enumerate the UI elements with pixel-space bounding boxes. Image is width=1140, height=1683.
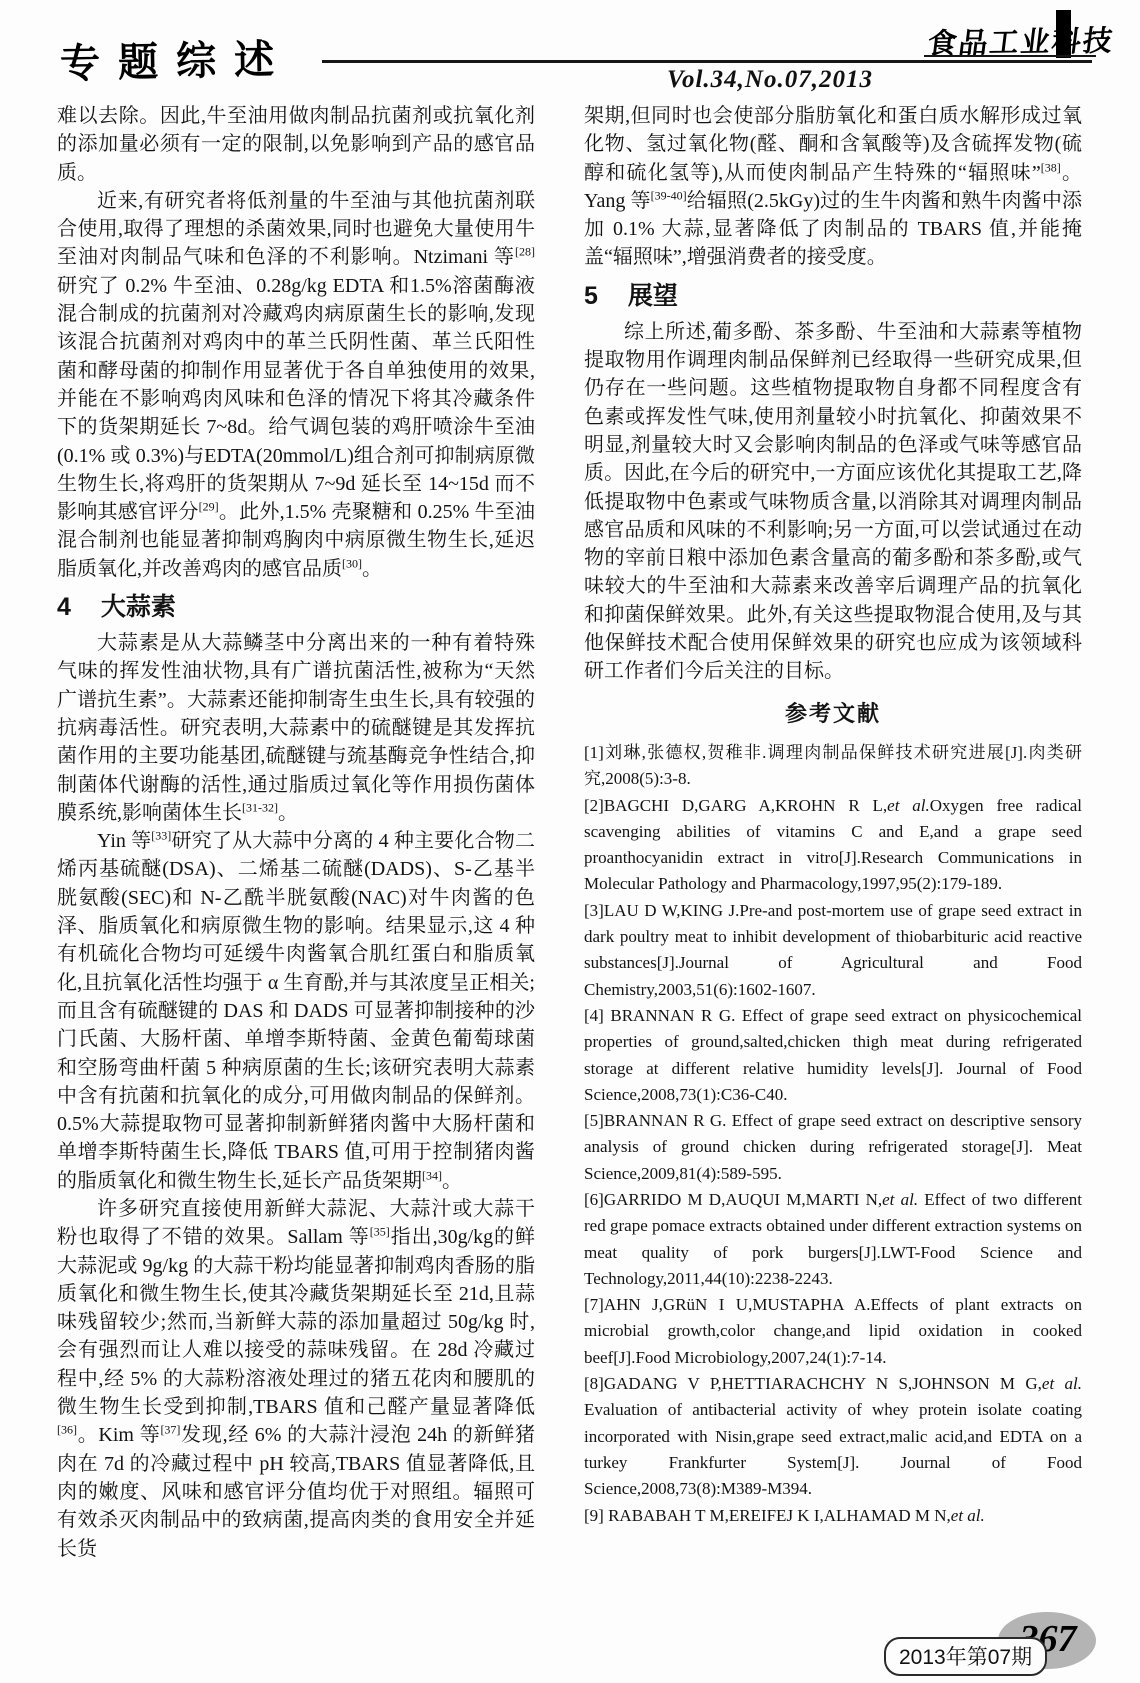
citation-superscript: [36] xyxy=(57,1423,77,1437)
citation-superscript: [37] xyxy=(160,1423,180,1437)
body-paragraph: Yin 等[33]研究了从大蒜中分离的 4 种主要化合物二烯丙基硫醚(DSA)、… xyxy=(57,827,535,1195)
citation-superscript: [30] xyxy=(342,556,362,570)
section-number: 4 xyxy=(57,592,71,622)
body-paragraph: 近来,有研究者将低剂量的牛至油与其他抗菌剂联合使用,取得了理想的杀菌效果,同时也… xyxy=(57,187,535,583)
volume-issue-line: Vol.34,No.07,2013 xyxy=(560,66,980,94)
reference-item: [8]GADANG V P,HETTIARACHCHY N S,JOHNSON … xyxy=(584,1371,1082,1502)
body-paragraph: 许多研究直接使用新鲜大蒜泥、大蒜汁或大蒜干粉也取得了不错的效果。Sallam 等… xyxy=(57,1195,535,1563)
reference-item: [5]BRANNAN R G. Effect of grape seed ext… xyxy=(584,1108,1082,1187)
body-paragraph: 综上所述,葡多酚、茶多酚、牛至油和大蒜素等植物提取物用作调理肉制品保鲜剂已经取得… xyxy=(584,318,1082,686)
italic-et-al: et al. xyxy=(1042,1374,1082,1393)
journal-page: 专题综述 食品工业科技 Vol.34,No.07,2013 难以去除。因此,牛至… xyxy=(0,0,1140,1683)
reference-item: [9] RABABAH T M,EREIFEJ K I,ALHAMAD M N,… xyxy=(584,1503,1082,1529)
citation-superscript: [31-32] xyxy=(242,800,278,814)
column-banner-calligraphy: 专题综述 xyxy=(59,28,292,90)
reference-item: [1]刘琳,张德权,贺稚非.调理肉制品保鲜技术研究进展[J].肉类研究,2008… xyxy=(584,740,1082,793)
citation-superscript: [33] xyxy=(151,828,171,842)
citation-superscript: [38] xyxy=(1041,160,1061,174)
references-heading: 参考文献 xyxy=(584,700,1082,728)
body-paragraph: 大蒜素是从大蒜鳞茎中分离出来的一种有着特殊气味的挥发性油状物,具有广谱抗菌活性,… xyxy=(57,629,535,827)
body-paragraph: 难以去除。因此,牛至油用做肉制品抗菌剂或抗氧化剂的添加量必须有一定的限制,以免影… xyxy=(57,102,535,187)
reference-item: [3]LAU D W,KING J.Pre-and post-mortem us… xyxy=(584,898,1082,1003)
issue-badge: 2013年第07期 xyxy=(884,1637,1047,1676)
reference-item: [4] BRANNAN R G. Effect of grape seed ex… xyxy=(584,1003,1082,1108)
journal-logo-underline xyxy=(924,55,1096,57)
section-number: 5 xyxy=(584,281,598,311)
italic-et-al: et al. xyxy=(887,796,930,815)
section-title: 展望 xyxy=(628,282,678,310)
citation-superscript: [35] xyxy=(370,1225,390,1239)
section-heading: 4大蒜素 xyxy=(57,592,535,622)
left-column: 难以去除。因此,牛至油用做肉制品抗菌剂或抗氧化剂的添加量必须有一定的限制,以免影… xyxy=(57,102,535,1563)
section-heading: 5展望 xyxy=(584,281,1082,311)
citation-superscript: [39-40] xyxy=(651,188,687,202)
citation-superscript: [34] xyxy=(422,1168,442,1182)
reference-item: [2]BAGCHI D,GARG A,KROHN R L,et al.Oxyge… xyxy=(584,793,1082,898)
right-column: 架期,但同时也会使部分脂肪氧化和蛋白质水解形成过氧化物、氢过氧化物(醛、酮和含氧… xyxy=(584,102,1082,1529)
reference-item: [7]AHN J,GRüN I U,MUSTAPHA A.Effects of … xyxy=(584,1292,1082,1371)
journal-logo-bar xyxy=(1056,10,1071,58)
italic-et-al: et al. xyxy=(882,1190,918,1209)
section-title: 大蒜素 xyxy=(101,593,176,621)
reference-item: [6]GARRIDO M D,AUQUI M,MARTI N,et al. Ef… xyxy=(584,1187,1082,1292)
italic-et-al: et al. xyxy=(951,1506,985,1525)
citation-superscript: [29] xyxy=(199,500,219,514)
citation-superscript: [28] xyxy=(515,245,535,259)
body-paragraph: 架期,但同时也会使部分脂肪氧化和蛋白质水解形成过氧化物、氢过氧化物(醛、酮和含氧… xyxy=(584,102,1082,272)
